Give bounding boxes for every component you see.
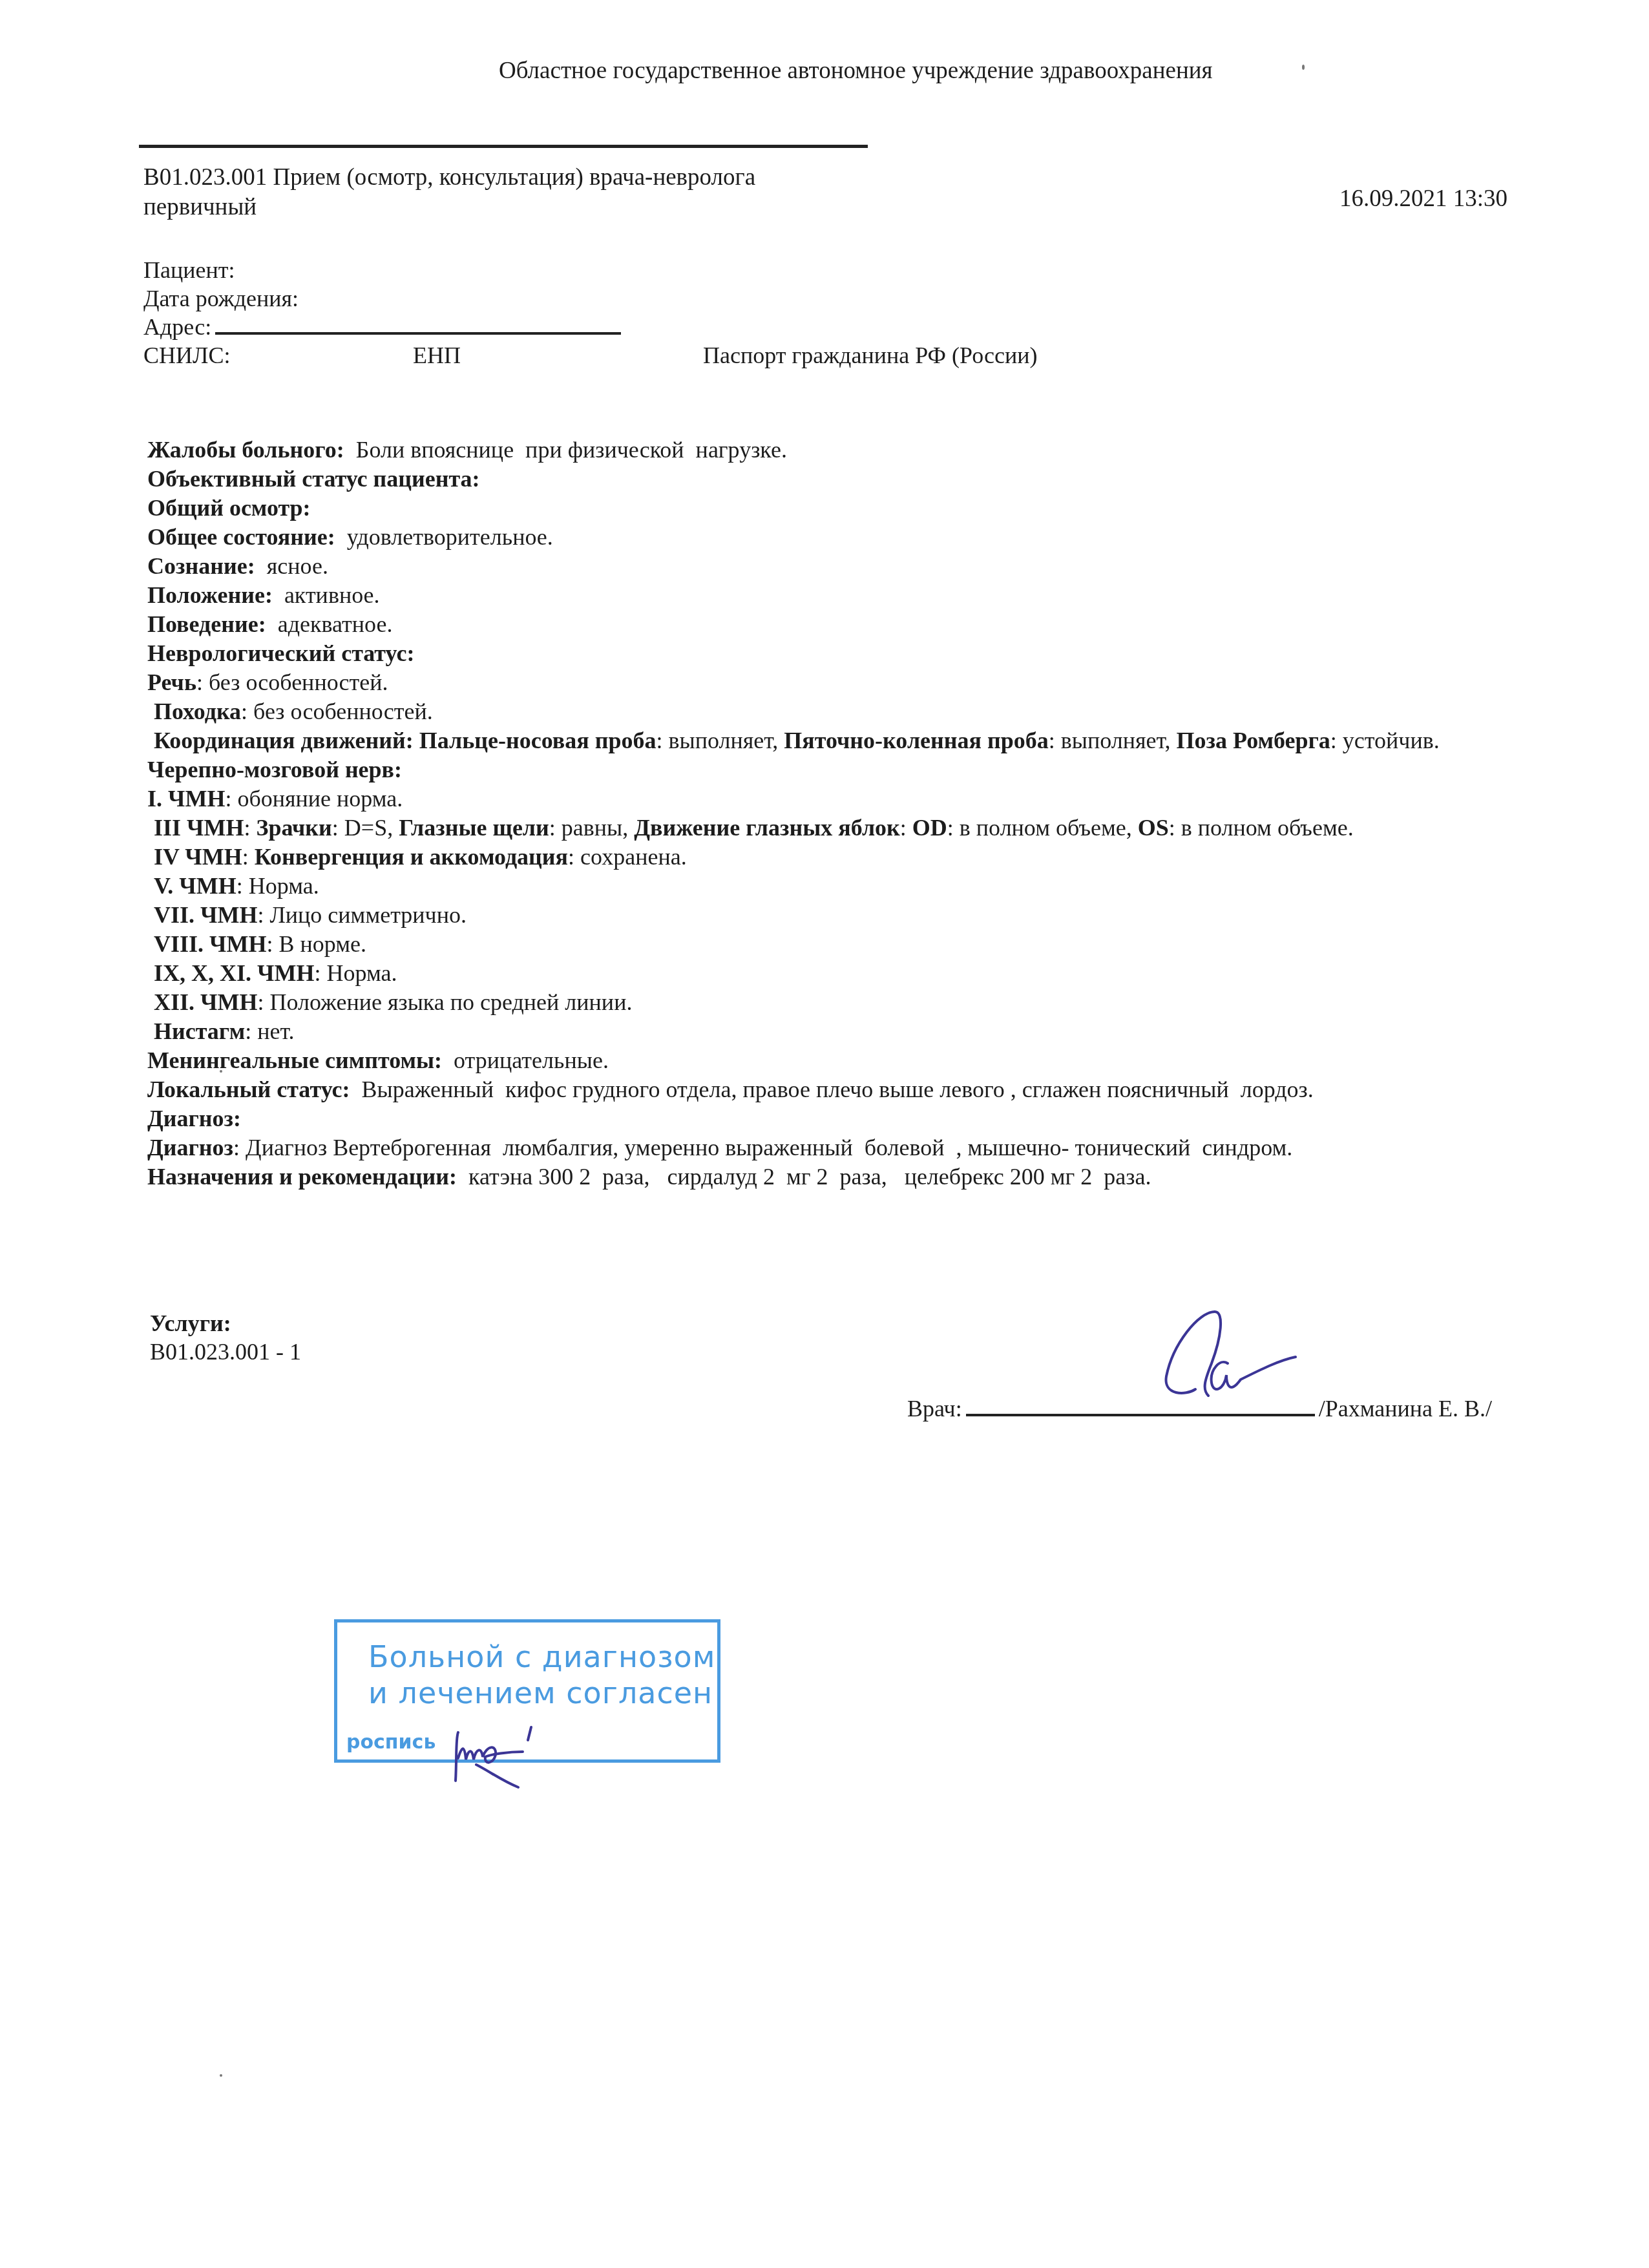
cn-xii-line: XII. ЧМН: Положение языка по средней лин… <box>147 988 1569 1017</box>
cn-v-line: V. ЧМН: Норма. <box>147 872 1569 901</box>
enp-label: ЕНП <box>413 341 461 370</box>
stamp-line-2: и лечением согласен <box>368 1675 713 1710</box>
patient-handwritten-signature-icon <box>450 1719 554 1790</box>
doctor-handwritten-signature-icon <box>1150 1299 1305 1415</box>
birthdate-label: Дата рождения: <box>143 286 299 311</box>
cranial-nerves-heading: Черепно-мозговой нерв: <box>147 755 1569 784</box>
service-item: B01.023.001 - 1 <box>150 1338 301 1366</box>
cn-vii-line: VII. ЧМН: Лицо симметрично. <box>147 901 1569 930</box>
passport-label: Паспорт гражданина РФ (России) <box>703 341 1038 370</box>
behavior-line: Поведение: адекватное. <box>147 610 1569 639</box>
services-block: Услуги: B01.023.001 - 1 <box>150 1309 301 1366</box>
speech-line: Речь: без особенностей. <box>147 668 1569 697</box>
neuro-status-heading: Неврологический статус: <box>147 639 1569 668</box>
stamp-sign-label: роспись <box>346 1731 436 1754</box>
address-label: Адрес: <box>143 314 211 340</box>
cn-i-line: I. ЧМН: обоняние норма. <box>147 784 1569 814</box>
consciousness-line: Сознание: ясное. <box>147 552 1569 581</box>
cn-iv-line: IV ЧМН: Конвергенция и аккомодация: сохр… <box>147 843 1569 872</box>
cn-viii-line: VIII. ЧМН: В норме. <box>147 930 1569 959</box>
header-divider <box>139 145 868 148</box>
service-title: B01.023.001 Прием (осмотр, консультация)… <box>143 163 764 222</box>
scan-speck <box>1302 65 1305 70</box>
diagnosis-heading: Диагноз: <box>147 1104 1569 1133</box>
local-status-line: Локальный статус: Выраженный кифос грудн… <box>147 1075 1569 1104</box>
snils-label: СНИЛС: <box>143 342 230 368</box>
address-blank-line <box>215 313 621 335</box>
scan-speck <box>220 1070 222 1073</box>
prescriptions-line: Назначения и рекомендации: катэна 300 2 … <box>147 1162 1569 1192</box>
scan-speck <box>220 2074 222 2077</box>
meningeal-line: Менингеальные симптомы: отрицательные. <box>147 1046 1569 1075</box>
services-label: Услуги: <box>150 1309 301 1338</box>
patient-info: Пациент: Дата рождения: Адрес: СНИЛС: ЕН… <box>143 256 621 370</box>
general-condition-line: Общее состояние: удовлетворительное. <box>147 523 1569 552</box>
nystagmus-line: Нистагм: нет. <box>147 1017 1569 1046</box>
stamp-line-1: Больной с диагнозом <box>368 1639 715 1674</box>
consent-stamp: Больной с диагнозом и лечением согласен … <box>334 1619 720 1763</box>
cn-ix-xi-line: IX, X, XI. ЧМН: Норма. <box>147 959 1569 988</box>
general-exam-heading: Общий осмотр: <box>147 494 1569 523</box>
position-line: Положение: активное. <box>147 581 1569 610</box>
diagnosis-line: Диагноз: Диагноз Вертеброгенная люмбалги… <box>147 1133 1569 1162</box>
patient-label: Пациент: <box>143 257 235 283</box>
doctor-label: Врач: <box>907 1396 962 1422</box>
doctor-name: /Рахманина Е. В./ <box>1319 1396 1492 1422</box>
objective-status-heading: Объективный статус пациента: <box>147 465 1569 494</box>
exam-body: Жалобы больного: Боли впояснице при физи… <box>147 436 1569 1192</box>
complaints-line: Жалобы больного: Боли впояснице при физи… <box>147 436 1569 465</box>
cn-iii-line: III ЧМН: Зрачки: D=S, Глазные щели: равн… <box>147 814 1543 843</box>
gait-line: Походка: без особенностей. <box>147 697 1569 726</box>
visit-datetime: 16.09.2021 13:30 <box>1339 185 1507 213</box>
coordination-line: Координация движений: Пальце-носовая про… <box>147 726 1543 755</box>
organization-name: Областное государственное автономное учр… <box>499 57 1213 85</box>
